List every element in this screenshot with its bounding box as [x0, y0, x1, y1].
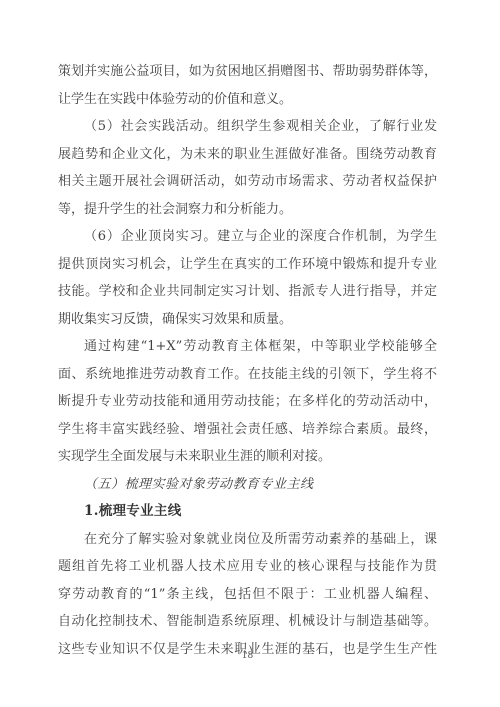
paragraph-line: 展趋势和企业文化，为未来的职业生涯做好准备。围绕劳动教育: [58, 141, 437, 169]
subsection-heading-line: 1.梳理专业主线: [58, 498, 437, 526]
paragraph-line: 实现学生全面发展与未来职业生涯的顺利对接。: [58, 443, 437, 471]
paragraph-line: 让学生在实践中体验劳动的价值和意义。: [58, 86, 437, 114]
paragraph-line: （6）企业顶岗实习。建立与企业的深度合作机制，为学生: [58, 223, 437, 251]
paragraph-line: 通过构建“1+X”劳动教育主体框架，中等职业学校能够全: [58, 333, 437, 361]
paragraph-line: 提供顶岗实习机会，让学生在真实的工作环境中锻炼和提升专业: [58, 251, 437, 279]
paragraph-line: 穿劳动教育的“1”条主线，包括但不限于：工业机器人编程、: [58, 581, 437, 609]
paragraph-line: 题组首先将工业机器人技术应用专业的核心课程与技能作为贯: [58, 553, 437, 581]
paragraph-line: 技能。学校和企业共同制定实习计划、指派专人进行指导，并定: [58, 278, 437, 306]
paragraph-line: 相关主题开展社会调研活动，如劳动市场需求、劳动者权益保护: [58, 168, 437, 196]
paragraph-line: 断提升专业劳动技能和通用劳动技能；在多样化的劳动活动中，: [58, 388, 437, 416]
paragraph-line: （5）社会实践活动。组织学生参观相关企业，了解行业发: [58, 113, 437, 141]
paragraph-line: 策划并实施公益项目，如为贫困地区捐赠图书、帮助弱势群体等，: [58, 58, 437, 86]
document-page: 策划并实施公益项目，如为贫困地区捐赠图书、帮助弱势群体等， 让学生在实践中体验劳…: [58, 58, 437, 663]
paragraph-line: 期收集实习反馈，确保实习效果和质量。: [58, 306, 437, 334]
paragraph-line: 自动化控制技术、智能制造系统原理、机械设计与制造基础等。: [58, 608, 437, 636]
paragraph-line: 学生将丰富实践经验、增强社会责任感、培养综合素质。最终，: [58, 416, 437, 444]
paragraph-line: 等，提升学生的社会洞察力和分析能力。: [58, 196, 437, 224]
paragraph-line: 在充分了解实验对象就业岗位及所需劳动素养的基础上，课: [58, 526, 437, 554]
section-heading-line: （五）梳理实验对象劳动教育专业主线: [58, 471, 437, 499]
page-number: 18: [58, 650, 437, 662]
paragraph-line: 面、系统地推进劳动教育工作。在技能主线的引领下，学生将不: [58, 361, 437, 389]
